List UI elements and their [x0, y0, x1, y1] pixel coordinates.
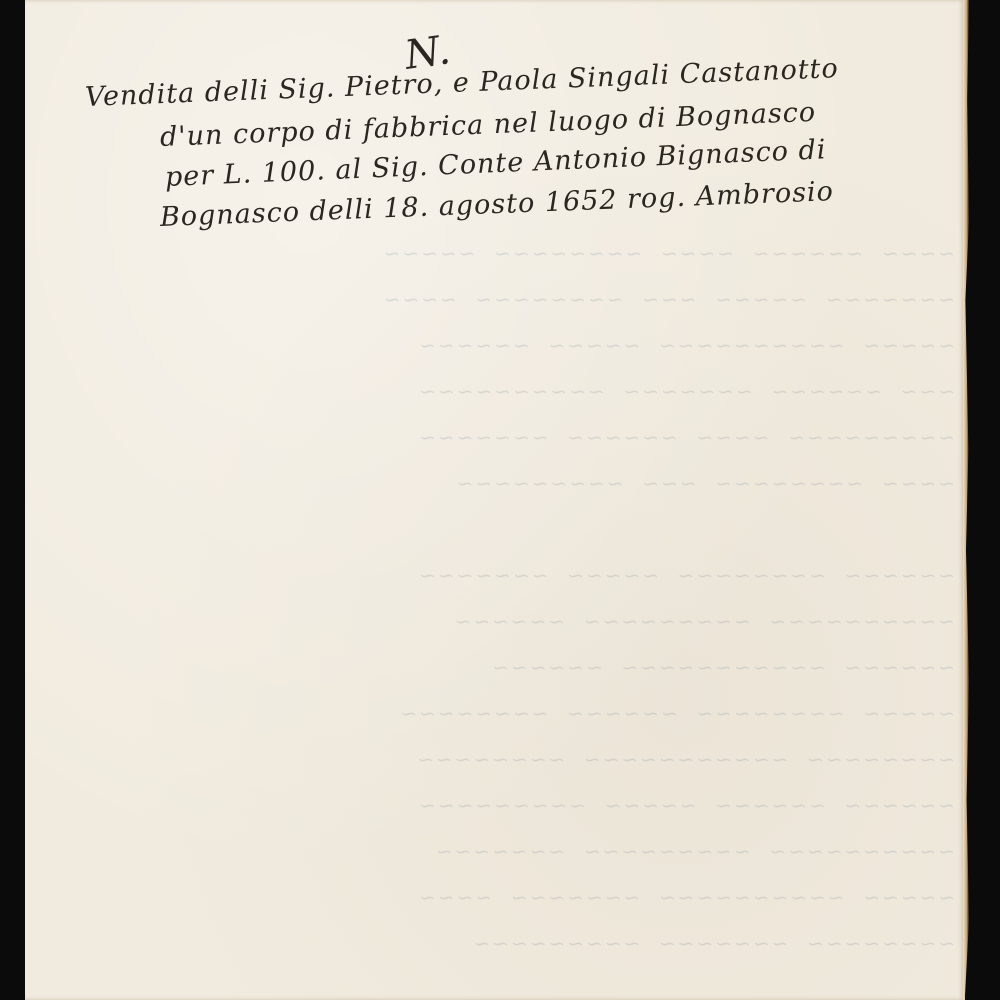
manuscript-page: ~~~~ ~~~~~~ ~~~~ ~~~~~~~~ ~~~~~ ~~~~~~~ …: [25, 0, 965, 1000]
torn-paper-edge: [963, 0, 969, 1000]
bleed-through-text: ~~~~ ~~~~~~ ~~~~ ~~~~~~~~ ~~~~~ ~~~~~~~ …: [255, 230, 955, 990]
